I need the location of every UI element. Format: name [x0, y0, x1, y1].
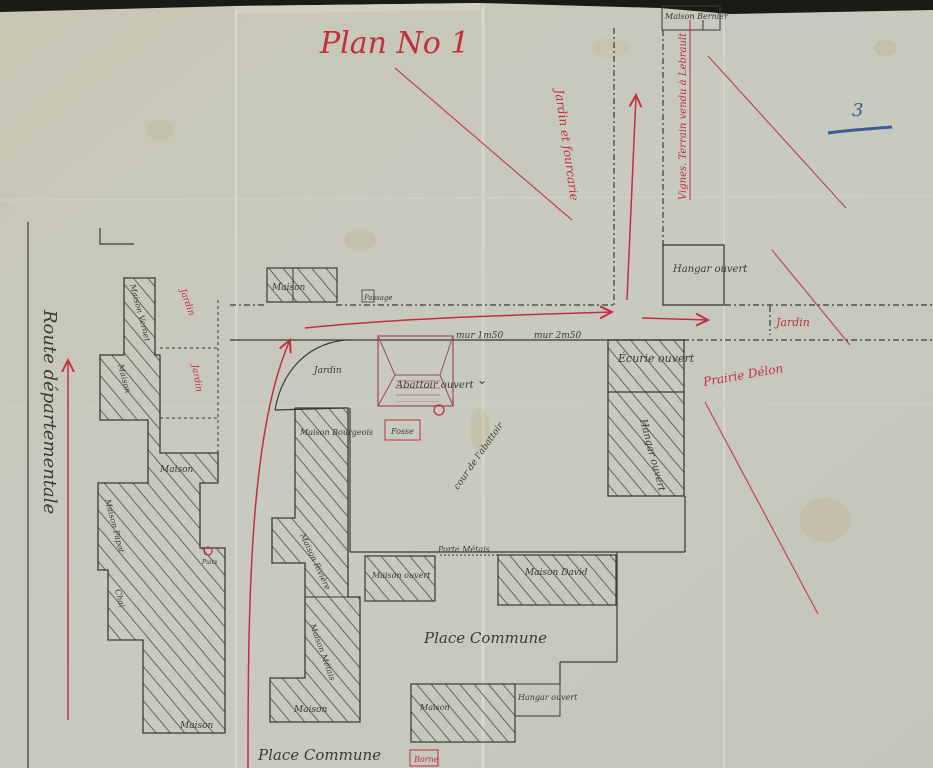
svg-text:3: 3 — [852, 100, 863, 121]
svg-text:Maison David: Maison David — [524, 568, 588, 578]
jardin-curve-label: Jardin — [312, 366, 342, 376]
jardin-right-label: Jardin — [774, 316, 810, 329]
svg-text:Maison: Maison — [159, 465, 193, 475]
svg-text:Route départementale: Route départementale — [39, 309, 60, 514]
svg-text:mur 1m50: mur 1m50 — [456, 331, 503, 341]
svg-text:Abattoir ouvert: Abattoir ouvert — [395, 380, 475, 391]
svg-text:Hangar ouvert: Hangar ouvert — [672, 264, 748, 275]
abattoir-marker: ⌄ — [477, 373, 487, 387]
maison-ouvert: Maison ouvert — [365, 556, 435, 601]
place-commune-bottom-label: Place Commune — [257, 746, 381, 764]
svg-text:Maison: Maison — [419, 703, 450, 712]
porte-label: Porte Métais — [437, 545, 490, 554]
svg-text:Maison ouvert: Maison ouvert — [371, 571, 431, 580]
place-commune-center-label: Place Commune — [423, 629, 547, 647]
svg-text:Maison: Maison — [271, 283, 305, 293]
maison-bernier-label: Maison Bernier — [664, 12, 729, 21]
vignes-label: Vignes. Terrain vendu à Lebrault — [678, 32, 689, 200]
svg-text:mur 2m50: mur 2m50 — [534, 331, 581, 341]
map-title: Plan No 1 — [319, 26, 469, 61]
svg-text:Maison: Maison — [293, 705, 327, 715]
maison-bottom: Maison — [411, 684, 515, 742]
svg-text:Écurie ouvert: Écurie ouvert — [617, 351, 695, 365]
ecurie-hangar-block: Écurie ouvert Hangar ouvert — [608, 340, 695, 496]
archival-map-sheet: Plan No 1 Maison Bernier 3 Jardin et fou… — [0, 0, 933, 768]
svg-text:Hangar ouvert: Hangar ouvert — [517, 693, 578, 702]
svg-text:Borne: Borne — [413, 755, 439, 764]
svg-text:Maison Bourgeois: Maison Bourgeois — [299, 428, 373, 437]
svg-text:Fosse: Fosse — [390, 427, 414, 436]
svg-text:Maison: Maison — [179, 721, 213, 731]
maison-david: Maison David — [498, 555, 616, 605]
svg-text:Passage: Passage — [363, 294, 393, 302]
svg-text:Puits: Puits — [201, 559, 217, 566]
